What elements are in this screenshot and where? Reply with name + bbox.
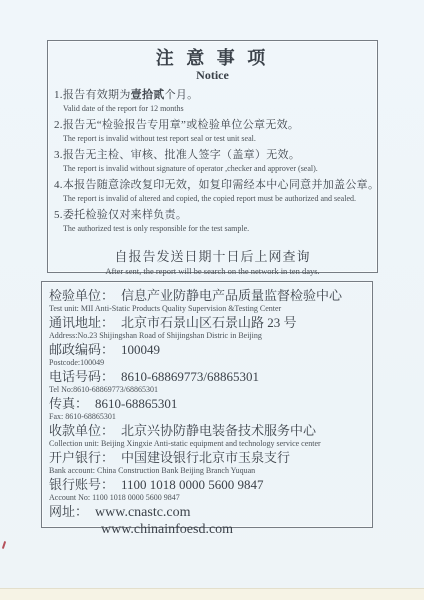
notice-item-2: 2.报告无“检验报告专用章”或检验单位公章无效。 The report is i… — [54, 117, 371, 144]
contact-collection-unit-en: Collection unit: Beijing Xingxie Anti-st… — [49, 439, 368, 449]
contact-fax-zh: 传真：8610-68865301 — [49, 396, 368, 412]
notice-item-4: 4.本报告随意涂改复印无效，如复印需经本中心同意并加盖公章。 The repor… — [54, 177, 371, 204]
contact-telephone-label: 电话号码： — [49, 369, 114, 384]
notice-item-1-zh-suffix: 个月。 — [165, 89, 199, 101]
contact-website-url-2: www.chinainfoesd.com — [101, 521, 368, 538]
notice-item-3-en: The report is invalid without signature … — [63, 163, 371, 174]
contact-postcode: 邮政编码：100049 Postcode:100049 — [49, 342, 368, 368]
notice-item-4-en: The report is invalid of altered and cop… — [63, 193, 371, 204]
contact-website-label: 网址： — [49, 504, 88, 519]
contact-account-number-zh: 银行账号：1100 1018 0000 5600 9847 — [49, 477, 368, 493]
contact-bank-en: Bank account: China Construction Bank Be… — [49, 466, 368, 476]
notice-item-5-en: The authorized test is only responsible … — [63, 223, 371, 234]
contact-test-unit-label: 检验单位： — [49, 288, 114, 303]
contact-address-zh: 通讯地址：北京市石景山区石景山路 23 号 — [49, 315, 368, 331]
notice-item-1: 1.报告有效期为壹拾贰个月。 Valid date of the report … — [54, 87, 371, 114]
notice-title-zh: 注 意 事 项 — [54, 48, 371, 68]
contact-telephone-zh: 电话号码：8610-68869773/68865301 — [49, 369, 368, 385]
notice-item-5: 5.委托检验仅对来样负责。 The authorized test is onl… — [54, 207, 371, 234]
contact-account-number: 银行账号：1100 1018 0000 5600 9847 Account No… — [49, 477, 368, 503]
contact-fax-en: Fax: 8610-68865301 — [49, 412, 368, 422]
notice-item-2-zh: 2.报告无“检验报告专用章”或检验单位公章无效。 — [54, 117, 371, 133]
contact-collection-unit-label: 收款单位： — [49, 423, 114, 438]
contact-website: 网址：www.cnastc.com www.chinainfoesd.com — [49, 504, 368, 538]
contact-box: 检验单位：信息产业防静电产品质量监督检验中心 Test unit: MII An… — [41, 281, 373, 528]
contact-account-number-en: Account No: 1100 1018 0000 5600 9847 — [49, 493, 368, 503]
notice-box: 注 意 事 项 Notice 1.报告有效期为壹拾贰个月。 Valid date… — [47, 40, 378, 273]
contact-address-label: 通讯地址： — [49, 315, 114, 330]
contact-bank: 开户银行：中国建设银行北京市玉泉支行 Bank account: China C… — [49, 450, 368, 476]
contact-website-zh: 网址：www.cnastc.com — [49, 504, 368, 521]
contact-account-number-label: 银行账号： — [49, 477, 114, 492]
contact-collection-unit-value: 北京兴协防静电装备技术服务中心 — [121, 423, 316, 438]
contact-address-value: 北京市石景山区石景山路 23 号 — [121, 315, 297, 330]
contact-test-unit: 检验单位：信息产业防静电产品质量监督检验中心 Test unit: MII An… — [49, 288, 368, 314]
paper-bottom-edge — [0, 588, 424, 600]
contact-telephone: 电话号码：8610-68869773/68865301 Tel No:8610-… — [49, 369, 368, 395]
contact-fax: 传真：8610-68865301 Fax: 8610-68865301 — [49, 396, 368, 422]
online-query-note-zh: 自报告发送日期十日后上网查询 — [54, 248, 371, 265]
notice-item-2-en: The report is invalid without test repor… — [63, 133, 371, 144]
contact-account-number-value: 1100 1018 0000 5600 9847 — [121, 477, 264, 492]
contact-test-unit-zh: 检验单位：信息产业防静电产品质量监督检验中心 — [49, 288, 368, 304]
online-query-note-en: After sent, the report will be search on… — [54, 265, 371, 277]
notice-title-en: Notice — [54, 68, 371, 82]
contact-collection-unit: 收款单位：北京兴协防静电装备技术服务中心 Collection unit: Be… — [49, 423, 368, 449]
notice-item-3-zh: 3.报告无主检、审核、批准人签字（盖章）无效。 — [54, 147, 371, 163]
contact-fax-value: 8610-68865301 — [95, 396, 177, 411]
contact-postcode-label: 邮政编码： — [49, 342, 114, 357]
contact-telephone-en: Tel No:8610-68869773/68865301 — [49, 385, 368, 395]
contact-bank-zh: 开户银行：中国建设银行北京市玉泉支行 — [49, 450, 368, 466]
notice-item-1-zh-text: 1.报告有效期为 — [54, 89, 131, 101]
contact-postcode-zh: 邮政编码：100049 — [49, 342, 368, 358]
contact-bank-label: 开户银行： — [49, 450, 114, 465]
contact-address-en: Address:No.23 Shijingshan Road of Shijin… — [49, 331, 368, 341]
notice-item-1-en: Valid date of the report for 12 months — [63, 103, 371, 114]
contact-postcode-value: 100049 — [121, 342, 160, 357]
contact-fax-label: 传真： — [49, 396, 88, 411]
notice-item-5-zh: 5.委托检验仅对来样负责。 — [54, 207, 371, 223]
contact-test-unit-value: 信息产业防静电产品质量监督检验中心 — [121, 288, 342, 303]
contact-postcode-en: Postcode:100049 — [49, 358, 368, 368]
scan-artifact-mark — [2, 541, 6, 549]
contact-bank-value: 中国建设银行北京市玉泉支行 — [121, 450, 290, 465]
contact-collection-unit-zh: 收款单位：北京兴协防静电装备技术服务中心 — [49, 423, 368, 439]
contact-test-unit-en: Test unit: MII Anti-Static Products Qual… — [49, 304, 368, 314]
notice-item-1-zh: 1.报告有效期为壹拾贰个月。 — [54, 87, 371, 103]
contact-website-url-1: www.cnastc.com — [95, 505, 191, 520]
notice-item-4-zh: 4.本报告随意涂改复印无效，如复印需经本中心同意并加盖公章。 — [54, 177, 371, 193]
notice-item-1-zh-bold: 壹拾贰 — [131, 89, 165, 101]
scanned-notice-page: 注 意 事 项 Notice 1.报告有效期为壹拾贰个月。 Valid date… — [0, 0, 424, 600]
contact-address: 通讯地址：北京市石景山区石景山路 23 号 Address:No.23 Shij… — [49, 315, 368, 341]
notice-item-3: 3.报告无主检、审核、批准人签字（盖章）无效。 The report is in… — [54, 147, 371, 174]
contact-telephone-value: 8610-68869773/68865301 — [121, 369, 259, 384]
